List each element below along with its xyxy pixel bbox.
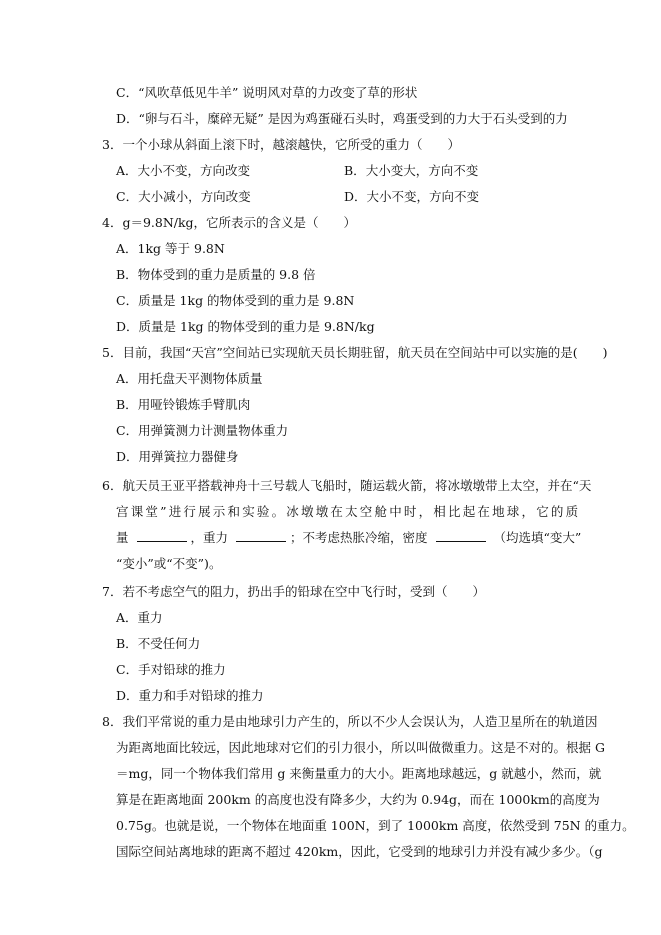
option-label: B．	[116, 397, 138, 412]
question-text: ＝mg，同一个物体我们常用 g 来衡量重力的大小。距离地球越远，g 就越小，然而…	[116, 766, 601, 781]
q7-option-b: B．不受任何力	[116, 636, 200, 652]
option-label: D．	[116, 688, 139, 703]
q7-option-a: A．重力	[116, 610, 163, 626]
q3-option-a: A．大小不变，方向改变	[116, 163, 250, 179]
question-text: “变小”或“不变”)。	[116, 556, 221, 571]
q6-line-3: 量 ，重力 ；不考虑热胀冷缩，密度 （均选填“变大”	[116, 530, 581, 546]
option-text: 用哑铃锻炼手臂肌肉	[138, 397, 251, 412]
option-text: 物体受到的重力是质量的 9.8 倍	[138, 267, 316, 282]
question-text: 算是在距离地面 200km 的高度也没有降多少，大约为 0.94g，而在 100…	[116, 792, 600, 807]
question-text: 0.75g。也就是说，一个物体在地面重 100N，到了 1000km 高度，依然…	[116, 818, 635, 833]
question-text: 若不考虑空气的阻力，扔出手的铅球在空中飞行时，受到（ ）	[122, 584, 485, 599]
q8-line-2: 为距离地面比较远，因此地球对它们的引力很小，所以叫做微重力。这是不对的。根据 G	[116, 740, 605, 756]
option-text: 质量是 1kg 的物体受到的重力是 9.8N	[138, 293, 354, 308]
option-label: B．	[116, 636, 138, 651]
option-label: D．	[116, 319, 139, 334]
option-text: 大小不变，方向改变	[138, 163, 251, 178]
q4-option-c: C．质量是 1kg 的物体受到的重力是 9.8N	[116, 293, 354, 309]
q7-stem: 7．若不考虑空气的阻力，扔出手的铅球在空中飞行时，受到（ ）	[102, 584, 485, 600]
option-label: D．	[116, 111, 139, 126]
option-text: 质量是 1kg 的物体受到的重力是 9.8N/kg	[139, 319, 375, 334]
option-label: D．	[344, 189, 367, 204]
question-number: 5．	[102, 345, 122, 360]
q6-line-2: 宫课堂”进行展示和实验。冰墩墩在太空舱中时，相比起在地球，它的质	[116, 504, 580, 520]
question-text: 一个小球从斜面上滚下时，越滚越快，它所受的重力（ ）	[122, 137, 460, 152]
q5-stem: 5．目前，我国“天宫”空间站已实现航天员长期驻留，航天员在空间站中可以实施的是(…	[102, 345, 608, 361]
option-text: 用弹簧拉力器健身	[139, 449, 239, 464]
option-text: 大小变大，方向不变	[366, 163, 479, 178]
question-number: 4．	[102, 215, 122, 230]
q5-option-c: C．用弹簧测力计测量物体重力	[116, 423, 288, 439]
question-text: g＝9.8N/kg，它所表示的含义是（ ）	[122, 215, 356, 230]
blank-density[interactable]	[436, 530, 486, 542]
question-text: 为距离地面比较远，因此地球对它们的引力很小，所以叫做微重力。这是不对的。根据 G	[116, 740, 605, 755]
q4-stem: 4．g＝9.8N/kg，它所表示的含义是（ ）	[102, 215, 356, 231]
q5-option-d: D．用弹簧拉力器健身	[116, 449, 239, 465]
option-label: C．	[116, 85, 138, 100]
option-label: D．	[116, 449, 139, 464]
question-text: （均选填“变大”	[493, 530, 581, 545]
option-text: 用托盘天平测物体质量	[138, 371, 263, 386]
question-text: ，重力	[191, 530, 229, 545]
option-label: A．	[116, 610, 138, 625]
q5-option-a: A．用托盘天平测物体质量	[116, 371, 263, 387]
option-label: B．	[344, 163, 366, 178]
q3-option-b: B．大小变大，方向不变	[344, 163, 478, 179]
q6-line-1: 6．航天员王亚平搭载神舟十三号载人飞船时，随运载火箭，将冰墩墩带上太空，并在“天	[102, 478, 591, 494]
option-label: A．	[116, 163, 138, 178]
q4-option-d: D．质量是 1kg 的物体受到的重力是 9.8N/kg	[116, 319, 375, 335]
question-text: 国际空间站离地球的距离不超过 420km，因此，它受到的地球引力并没有减少多少。…	[116, 844, 603, 859]
q8-line-6: 国际空间站离地球的距离不超过 420km，因此，它受到的地球引力并没有减少多少。…	[116, 844, 603, 860]
q8-line-4: 算是在距离地面 200km 的高度也没有降多少，大约为 0.94g，而在 100…	[116, 792, 600, 808]
option-text: 重力	[138, 610, 163, 625]
option-label: B．	[116, 267, 138, 282]
option-label: A．	[116, 371, 138, 386]
option-label: C．	[116, 293, 138, 308]
q8-line-5: 0.75g。也就是说，一个物体在地面重 100N，到了 1000km 高度，依然…	[116, 818, 635, 834]
q8-line-3: ＝mg，同一个物体我们常用 g 来衡量重力的大小。距离地球越远，g 就越小，然而…	[116, 766, 601, 782]
q6-line-4: “变小”或“不变”)。	[116, 556, 221, 572]
option-text: “卵与石斗，糜碎无疑” 是因为鸡蛋碰石头时，鸡蛋受到的力大于石头受到的力	[139, 111, 568, 126]
option-text: 大小不变，方向不变	[367, 189, 480, 204]
option-text: 重力和手对铅球的推力	[139, 688, 264, 703]
option-text: 用弹簧测力计测量物体重力	[138, 423, 288, 438]
option-text: 1kg 等于 9.8N	[138, 241, 225, 256]
q7-option-d: D．重力和手对铅球的推力	[116, 688, 264, 704]
document-page: C．“风吹草低见牛羊” 说明风对草的力改变了草的形状 D．“卵与石斗，糜碎无疑”…	[0, 0, 661, 935]
q4-option-b: B．物体受到的重力是质量的 9.8 倍	[116, 267, 316, 283]
blank-mass[interactable]	[137, 530, 187, 542]
option-label: C．	[116, 423, 138, 438]
question-number: 3．	[102, 137, 122, 152]
option-text: 不受任何力	[138, 636, 201, 651]
q8-line-1: 8．我们平常说的重力是由地球引力产生的，所以不少人会误认为，人造卫星所在的轨道因	[102, 714, 597, 730]
question-text: 航天员王亚平搭载神舟十三号载人飞船时，随运载火箭，将冰墩墩带上太空，并在“天	[122, 478, 591, 493]
q3-stem: 3．一个小球从斜面上滚下时，越滚越快，它所受的重力（ ）	[102, 137, 460, 153]
question-text: 目前，我国“天宫”空间站已实现航天员长期驻留，航天员在空间站中可以实施的是( )	[122, 345, 607, 360]
question-number: 7．	[102, 584, 122, 599]
q7-option-c: C．手对铅球的推力	[116, 662, 226, 678]
option-label: C．	[116, 189, 138, 204]
question-number: 8．	[102, 714, 122, 729]
question-text: ；不考虑热胀冷缩，密度	[290, 530, 428, 545]
option-label: A．	[116, 241, 138, 256]
q4-option-a: A．1kg 等于 9.8N	[116, 241, 225, 257]
q2-option-d: D．“卵与石斗，糜碎无疑” 是因为鸡蛋碰石头时，鸡蛋受到的力大于石头受到的力	[116, 111, 568, 127]
question-text: 我们平常说的重力是由地球引力产生的，所以不少人会误认为，人造卫星所在的轨道因	[122, 714, 597, 729]
option-text: 手对铅球的推力	[138, 662, 226, 677]
question-number: 6．	[102, 478, 122, 493]
question-text: 量	[116, 530, 129, 545]
q3-option-c: C．大小减小，方向改变	[116, 189, 251, 205]
blank-gravity[interactable]	[236, 530, 286, 542]
option-label: C．	[116, 662, 138, 677]
q5-option-b: B．用哑铃锻炼手臂肌肉	[116, 397, 250, 413]
option-text: 大小减小，方向改变	[138, 189, 251, 204]
question-text: 宫课堂”进行展示和实验。冰墩墩在太空舱中时，相比起在地球，它的质	[116, 504, 580, 519]
q3-option-d: D．大小不变，方向不变	[344, 189, 479, 205]
q2-option-c: C．“风吹草低见牛羊” 说明风对草的力改变了草的形状	[116, 85, 417, 101]
option-text: “风吹草低见牛羊” 说明风对草的力改变了草的形状	[138, 85, 417, 100]
